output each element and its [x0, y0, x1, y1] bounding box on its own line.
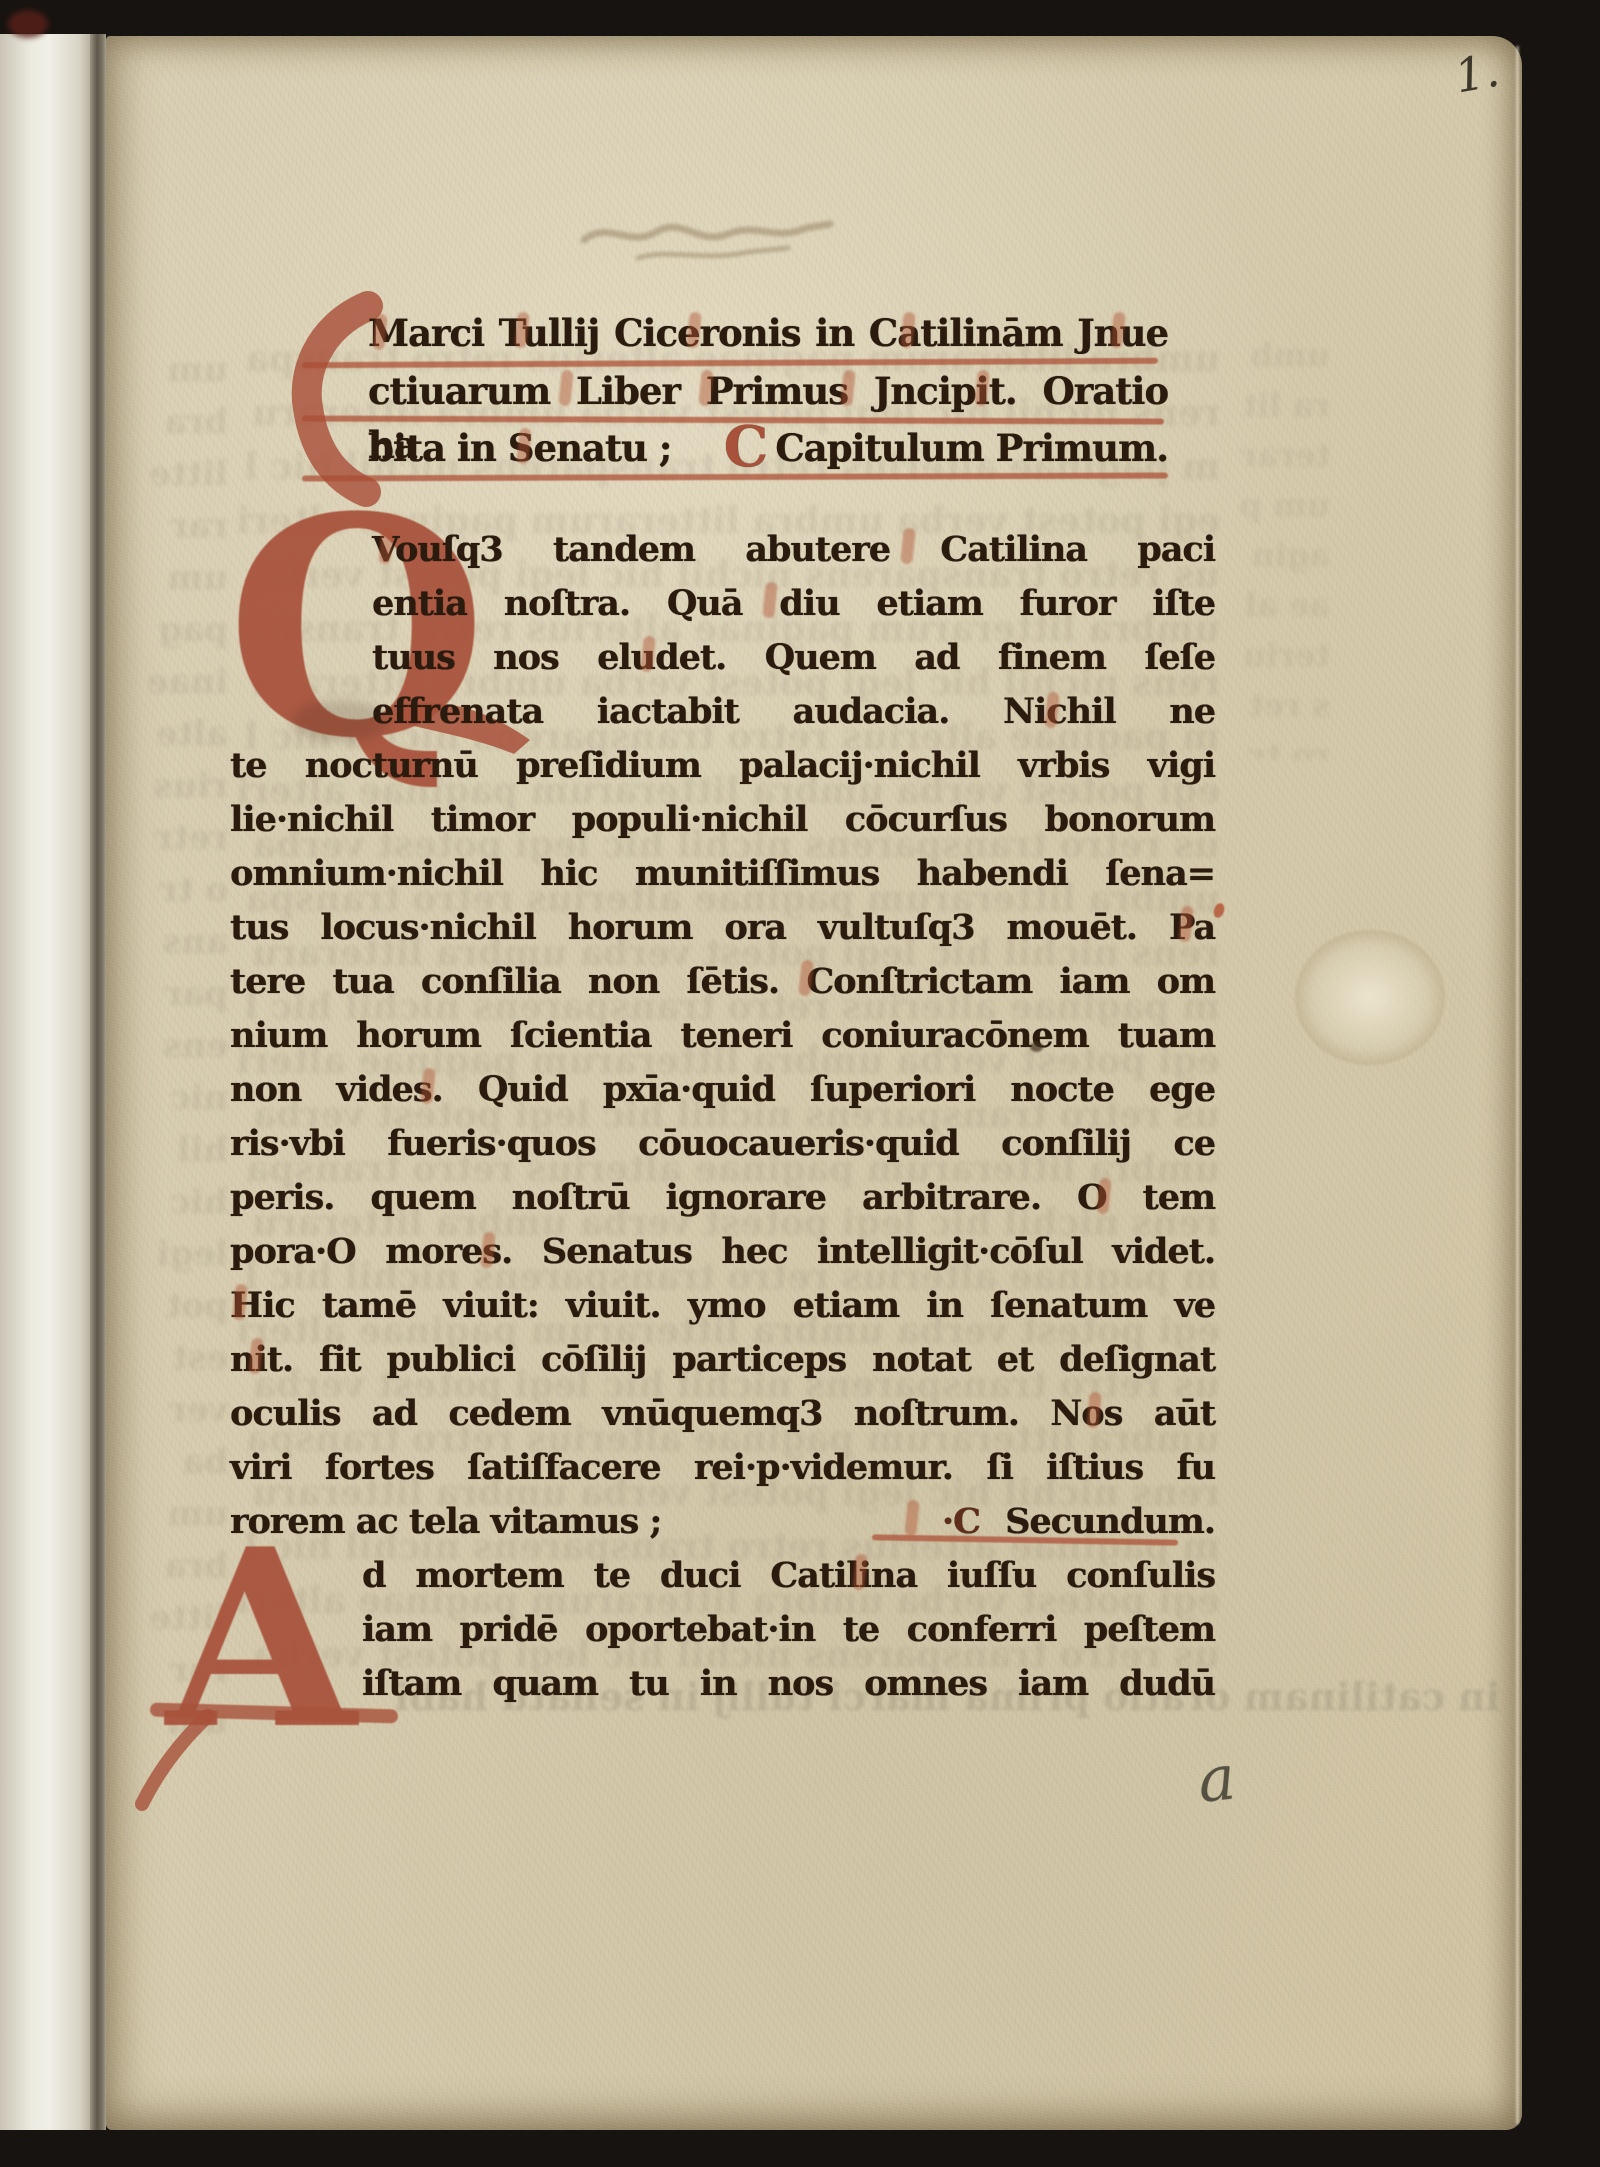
- quire-signature: a: [1194, 1740, 1238, 1816]
- body-line: nium horum ſcientia teneri coniuracōnem …: [230, 1009, 1215, 1063]
- body-line: tus locus·nichil horum ora vultuſq3 mouē…: [230, 901, 1215, 955]
- facing-page-edge: [0, 34, 90, 2130]
- body-line: tere tua conſilia non ſētis. Conſtrictam…: [230, 955, 1215, 1009]
- dark-speck: [1030, 1042, 1043, 1052]
- body-line: pora·O mores. Senatus hec intelligit·cōſ…: [230, 1225, 1215, 1279]
- body-line: omnium·nichil hic munitiſſimus habendi ſ…: [230, 847, 1215, 901]
- manuscript-page-scan: umbra litterarum paginae alterius retro …: [0, 0, 1600, 2167]
- body-line: te nocturnū preſidium palacij·nichil vrb…: [230, 739, 1215, 793]
- chapter-two-label: Secundum.: [1005, 1501, 1215, 1542]
- body-line: oculis ad cedem vnūquemq3 noſtrum. Nos a…: [230, 1387, 1215, 1441]
- body-line: viri fortes ſatiſfacere rei·p·videmur. ſ…: [230, 1441, 1215, 1495]
- body-line: iſtam quam tu in nos omnes iam dudū: [362, 1657, 1215, 1711]
- body-line: Hic tamē viuit: viuit. ymo etiam in ſena…: [230, 1279, 1215, 1333]
- faded-inscription: [578, 198, 838, 278]
- chapter-one-closing: rorem ac tela vitamus ;: [230, 1495, 661, 1549]
- chapter-one-label: Capitulum Primum.: [775, 421, 1168, 475]
- rubric-paragraph-mark: C: [724, 421, 768, 473]
- body-line: non vides. Quid pxīa·quid ſuperiori noct…: [230, 1063, 1215, 1117]
- body-line: Vouſq3 tandem abutere Catilina paci: [372, 523, 1215, 577]
- binding-stain: [8, 10, 48, 38]
- body-line: lie·nichil timor populi·nichil cōcurſus …: [230, 793, 1215, 847]
- body-line: entia noſtra. Quā diu etiam furor iſte: [372, 577, 1215, 631]
- body-line: tuus nos eludet. Quem ad finem ſeſe: [372, 631, 1215, 685]
- body-line: effrenata iactabit audacia. Nichil ne: [372, 685, 1215, 739]
- body-line: rorem ac tela vitamus ; ·C Secundum.: [230, 1495, 1215, 1549]
- heading-line: ctiuarum Liber Primus Jncipit. Oratio ha: [368, 364, 1168, 418]
- folio-number: 1.: [1451, 43, 1504, 104]
- verso-showthrough-right: umbra litterarum paginae alterius retro …: [1238, 330, 1330, 760]
- rubric-chapter-mark: ·C: [942, 1501, 980, 1542]
- body-line: ris·vbi fueris·quos cōuocaueris·quid con…: [230, 1117, 1215, 1171]
- initial-A-tail-flourish: [136, 1712, 220, 1812]
- heading-line: Marci Tullij Ciceronis in Catilinām Jnue: [368, 306, 1168, 360]
- paper-stain: [1295, 930, 1445, 1065]
- body-line: nit. fit publici cōſilij particeps notat…: [230, 1333, 1215, 1387]
- body-line: iam pridē oportebat·in te conferri peſte…: [362, 1603, 1215, 1657]
- heading-line: bita in Senatu ; C Capitulum Primum.: [368, 421, 1168, 475]
- body-line: peris. quem noſtrū ignorare arbitrare. O…: [230, 1171, 1215, 1225]
- gutter-shadow: [90, 34, 106, 2130]
- body-line: d mortem te duci Catilina iuſſu conſulis: [362, 1549, 1215, 1603]
